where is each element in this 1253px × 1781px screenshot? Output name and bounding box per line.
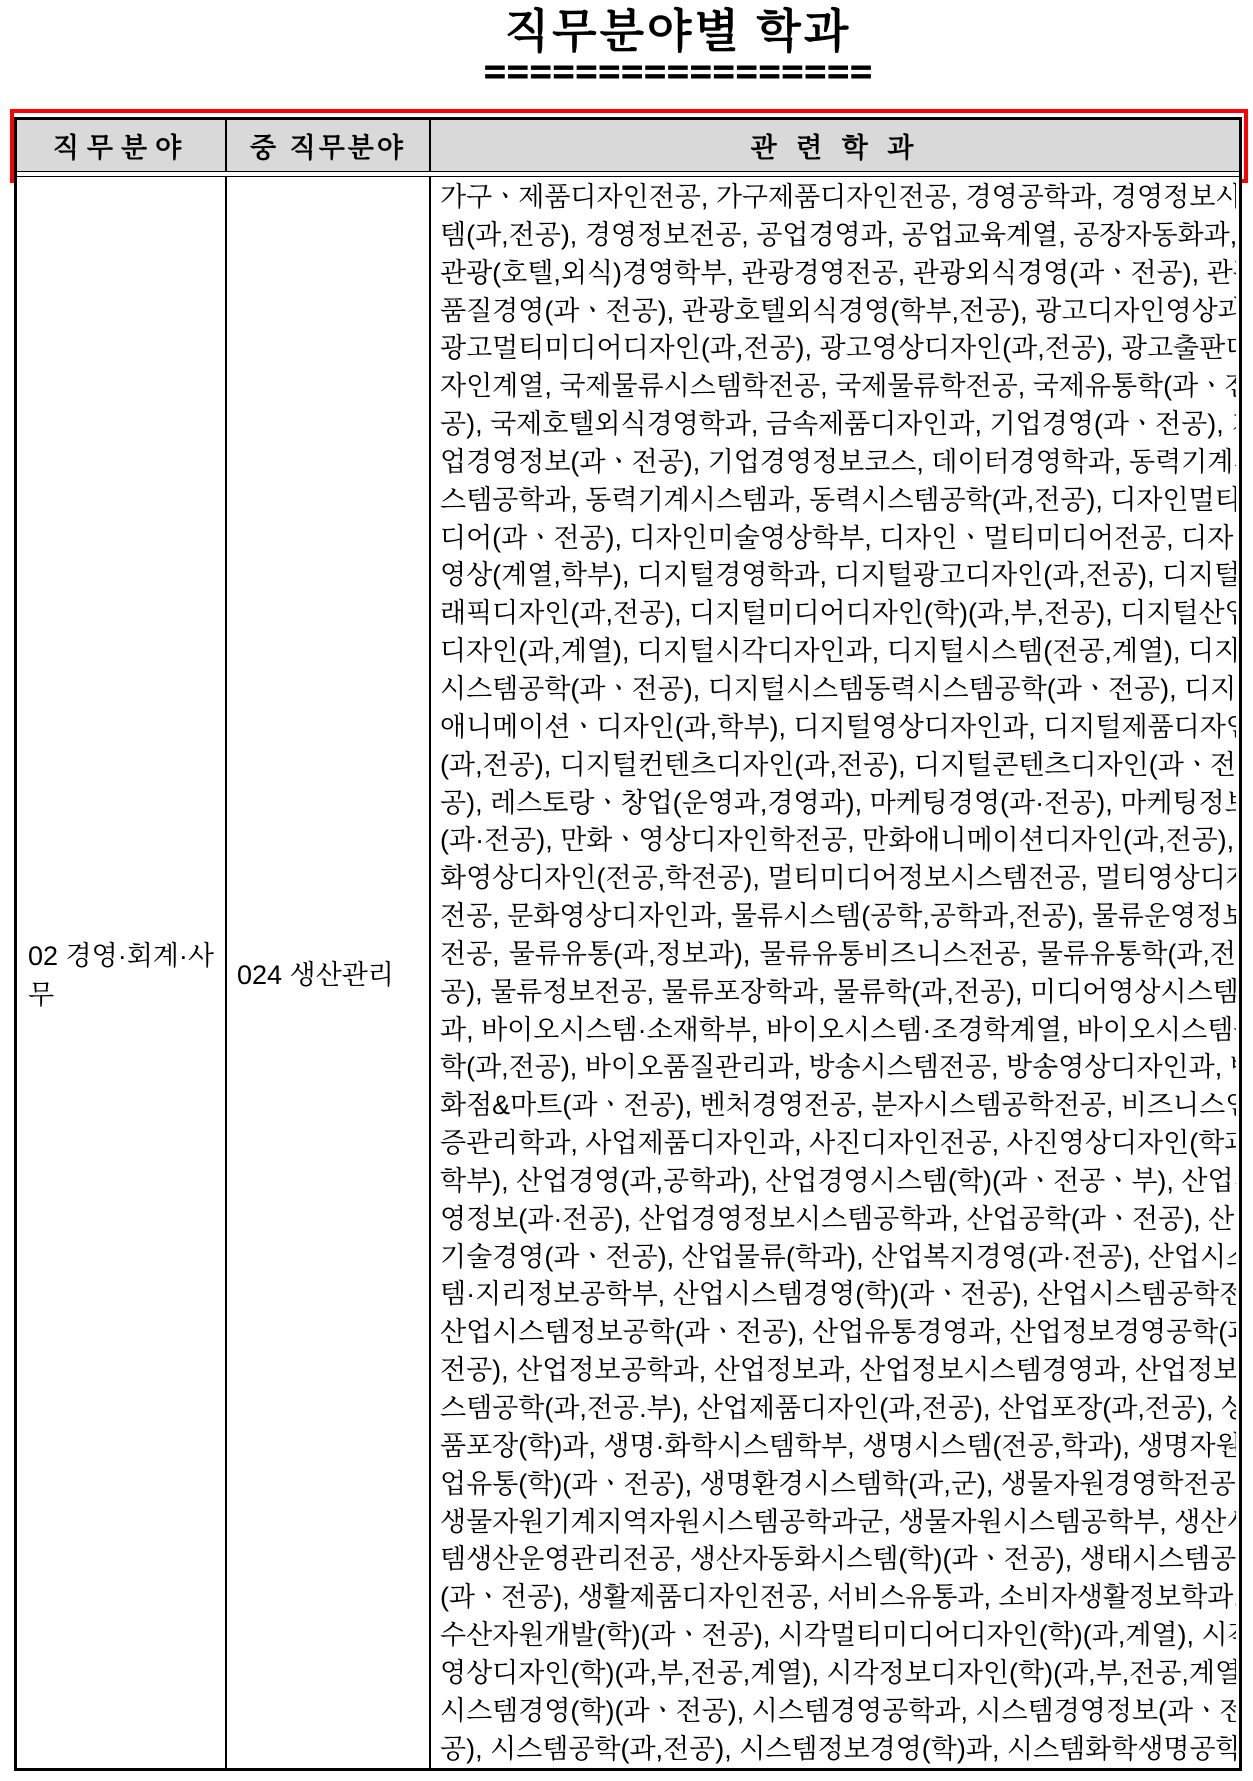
majors-line: 공), 레스토랑ㆍ창업(운영과,경영과), 마케팅경영(과·전공), 마케팅정보: [440, 785, 1236, 823]
majors-line: 애니메이션ㆍ디자인(과,학부), 디지털영상디자인과, 디지털제품디자인: [440, 709, 1236, 747]
sub-job-field-cell: 024 생산관리: [227, 177, 429, 1768]
majors-line: 템(과,전공), 경영정보전공, 공업경영과, 공업교육계열, 공장자동화과,: [440, 217, 1236, 255]
majors-line: 템·지리정보공학부, 산업시스템경영(학)(과ㆍ전공), 산업시스템공학전공,: [440, 1276, 1236, 1314]
majors-line: 영상디자인(학)(과,부,전공,계열), 시각정보디자인(학)(과,부,전공,계…: [440, 1655, 1236, 1693]
majors-line: 품질경영(과ㆍ전공), 관광호텔외식경영(학부,전공), 광고디자인영상과,: [440, 293, 1236, 331]
majors-line: 영정보(과·전공), 산업경영정보시스템공학과, 산업공학(과ㆍ전공), 산업: [440, 1201, 1236, 1239]
majors-line: 증관리학과, 사업제품디자인과, 사진디자인전공, 사진영상디자인(학과,: [440, 1125, 1236, 1163]
majors-line: 업경영정보(과ㆍ전공), 기업경영정보코스, 데이터경영학과, 동력기계시: [440, 444, 1236, 482]
majors-line: 래픽디자인(과,전공), 디지털미디어디자인(학)(과,부,전공), 디지털산업: [440, 595, 1236, 633]
majors-line: 생물자원기계지역자원시스템공학과군, 생물자원시스템공학부, 생산시스: [440, 1504, 1236, 1542]
majors-line: (과ㆍ전공), 생활제품디자인전공, 서비스유통과, 소비자생활정보학과,: [440, 1579, 1236, 1617]
table-header-row: 직무분야 중 직무분야 관 련 학 과: [17, 120, 1239, 171]
header-sub-job-field: 중 직무분야: [227, 120, 429, 171]
related-majors-cell: 가구ㆍ제품디자인전공, 가구제품디자인전공, 경영공학과, 경영정보시스템(과,…: [431, 177, 1239, 1768]
title-underline: =================: [484, 52, 873, 90]
majors-line: 품포장(학)과, 생명·화학시스템학부, 생명시스템(전공,학과), 생명자원산: [440, 1428, 1236, 1466]
majors-line: 학(과,전공), 바이오품질관리과, 방송시스템전공, 방송영상디자인과, 백: [440, 1049, 1236, 1087]
majors-line: 전공), 산업정보공학과, 산업정보과, 산업정보시스템경영과, 산업정보시: [440, 1352, 1236, 1390]
majors-line: 시스템공학(과ㆍ전공), 디지털시스템동력시스템공학(과ㆍ전공), 디지털: [440, 671, 1236, 709]
majors-line: (과·전공), 만화ㆍ영상디자인학전공, 만화애니메이션디자인(과,전공), 만: [440, 822, 1236, 860]
majors-line: 업유통(학)(과ㆍ전공), 생명환경시스템학(과,군), 생물자원경영학전공,: [440, 1466, 1236, 1504]
majors-line: 가구ㆍ제품디자인전공, 가구제품디자인전공, 경영공학과, 경영정보시스: [440, 179, 1236, 217]
job-field-cell: 02 경영·회계·사무: [17, 177, 225, 1768]
majors-line: 전공, 문화영상디자인과, 물류시스템(공학,공학과,전공), 물류운영정보: [440, 898, 1236, 936]
majors-line: 과, 바이오시스템·소재학부, 바이오시스템·조경학계열, 바이오시스템공: [440, 1012, 1236, 1050]
majors-line: 시스템경영(학)(과ㆍ전공), 시스템경영공학과, 시스템경영정보(과ㆍ전: [440, 1693, 1236, 1731]
majors-line: 화영상디자인(전공,학전공), 멀티미디어정보시스템전공, 멀티영상디자인: [440, 860, 1236, 898]
majors-line: 광고멀티미디어디자인(과,전공), 광고영상디자인(과,전공), 광고출판디: [440, 330, 1236, 368]
majors-line: 디자인(과,계열), 디지털시각디자인과, 디지털시스템(전공,계열), 디지털: [440, 633, 1236, 671]
majors-line: 영상(계열,학부), 디지털경영학과, 디지털광고디자인(과,전공), 디지털그: [440, 557, 1236, 595]
majors-line: 디어(과ㆍ전공), 디자인미술영상학부, 디자인ㆍ멀티미디어전공, 디자인: [440, 520, 1236, 558]
majors-line: 수산자원개발(학)(과ㆍ전공), 시각멀티미디어디자인(학)(과,계열), 시각: [440, 1617, 1236, 1655]
majors-line: (과,전공), 디지털컨텐츠디자인(과,전공), 디지털콘텐츠디자인(과ㆍ전: [440, 747, 1236, 785]
majors-line: 자인계열, 국제물류시스템학전공, 국제물류학전공, 국제유통학(과ㆍ전: [440, 368, 1236, 406]
majors-line: 전공, 물류유통(과,정보과), 물류유통비즈니스전공, 물류유통학(과,전: [440, 936, 1236, 974]
header-related-majors: 관 련 학 과: [431, 120, 1239, 171]
majors-line: 기술경영(과ㆍ전공), 산업물류(학과), 산업복지경영(과·전공), 산업시스: [440, 1239, 1236, 1277]
majors-line: 공), 국제호텔외식경영학과, 금속제품디자인과, 기업경영(과ㆍ전공), 기: [440, 406, 1236, 444]
majors-line: 화점&마트(과ㆍ전공), 벤처경영전공, 분자시스템공학전공, 비즈니스인: [440, 1087, 1236, 1125]
majors-line: 스템공학(과,전공.부), 산업제품디자인(과,전공), 산업포장(과,전공),…: [440, 1390, 1236, 1428]
majors-line: 공), 시스템공학(과,전공), 시스템정보경영(학)과, 시스템화학생명공학: [440, 1731, 1236, 1768]
job-field-table: 직무분야 중 직무분야 관 련 학 과 02 경영·회계·사무 024 생산관리…: [14, 117, 1242, 1771]
majors-line: 관광(호텔,외식)경영학부, 관광경영전공, 관광외식경영(과ㆍ전공), 관광: [440, 255, 1236, 293]
majors-line: 산업시스템정보공학(과ㆍ전공), 산업유통경영과, 산업정보경영공학(과·: [440, 1314, 1236, 1352]
majors-line: 템생산운영관리전공, 생산자동화시스템(학)(과ㆍ전공), 생태시스템공학: [440, 1541, 1236, 1579]
majors-line: 스템공학과, 동력기계시스템과, 동력시스템공학(과,전공), 디자인멀티미: [440, 482, 1236, 520]
majors-line: 학부), 산업경영(과,공학과), 산업경영시스템(학)(과ㆍ전공ㆍ부), 산업…: [440, 1163, 1236, 1201]
document-page: 직무분야별 학과 ================= 직무분야 중 직무분야 관…: [0, 0, 1253, 1781]
table-row: 02 경영·회계·사무 024 생산관리 가구ㆍ제품디자인전공, 가구제품디자인…: [17, 177, 1239, 1768]
header-job-field: 직무분야: [17, 120, 225, 171]
majors-line: 공), 물류정보전공, 물류포장학과, 물류학(과,전공), 미디어영상시스템: [440, 974, 1236, 1012]
